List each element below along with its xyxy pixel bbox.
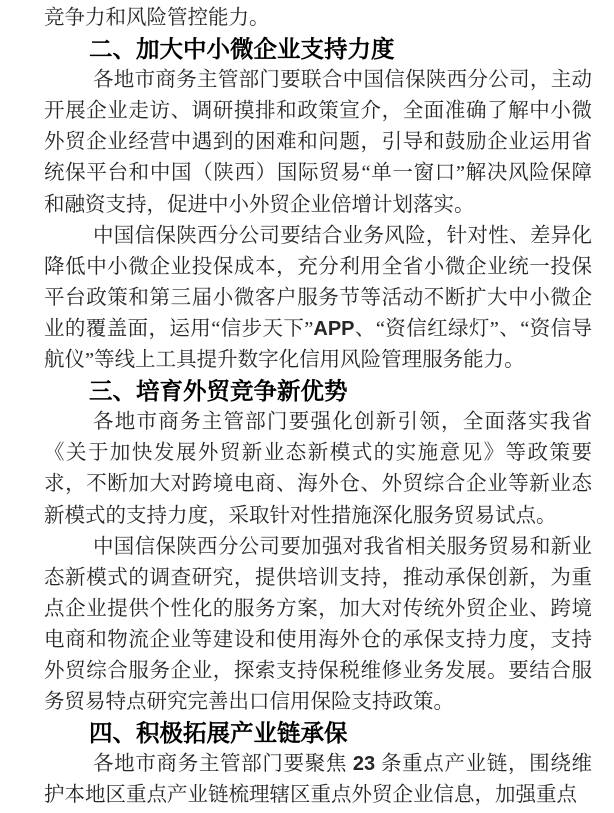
paragraph-run-latin-app: APP	[313, 318, 354, 340]
paragraph-run: 各地市商务主管部门要聚焦	[93, 753, 353, 775]
paragraph-new-trade-models: 各地市商务主管部门要强化创新引领，全面落实我省《关于加快发展外贸新业态新模式的实…	[44, 407, 592, 531]
paragraph-sinosure-smes: 中国信保陕西分公司要结合业务风险，针对性、差异化降低中小微企业投保成本，充分利用…	[44, 221, 592, 376]
paragraph-industry-chains: 各地市商务主管部门要聚焦 23 条重点产业链，围绕维护本地区重点产业链梳理辖区重…	[44, 749, 592, 811]
section-heading-4: 四、积极拓展产业链承保	[44, 718, 592, 749]
paragraph-run-latin-23: 23	[353, 753, 375, 775]
paragraph-sinosure-research: 中国信保陕西分公司要加强对我省相关服务贸易和新业态新模式的调查研究，提供培训支持…	[44, 532, 592, 719]
section-heading-2: 二、加大中小微企业支持力度	[44, 34, 592, 65]
paragraph-continuation: 竞争力和风险管控能力。	[44, 3, 592, 34]
section-heading-3: 三、培育外贸竞争新优势	[44, 376, 592, 407]
document-page: 竞争力和风险管控能力。 二、加大中小微企业支持力度 各地市商务主管部门要联合中国…	[0, 0, 614, 813]
paragraph-smes-outreach: 各地市商务主管部门要联合中国信保陕西分公司，主动开展企业走访、调研摸排和政策宣介…	[44, 65, 592, 220]
